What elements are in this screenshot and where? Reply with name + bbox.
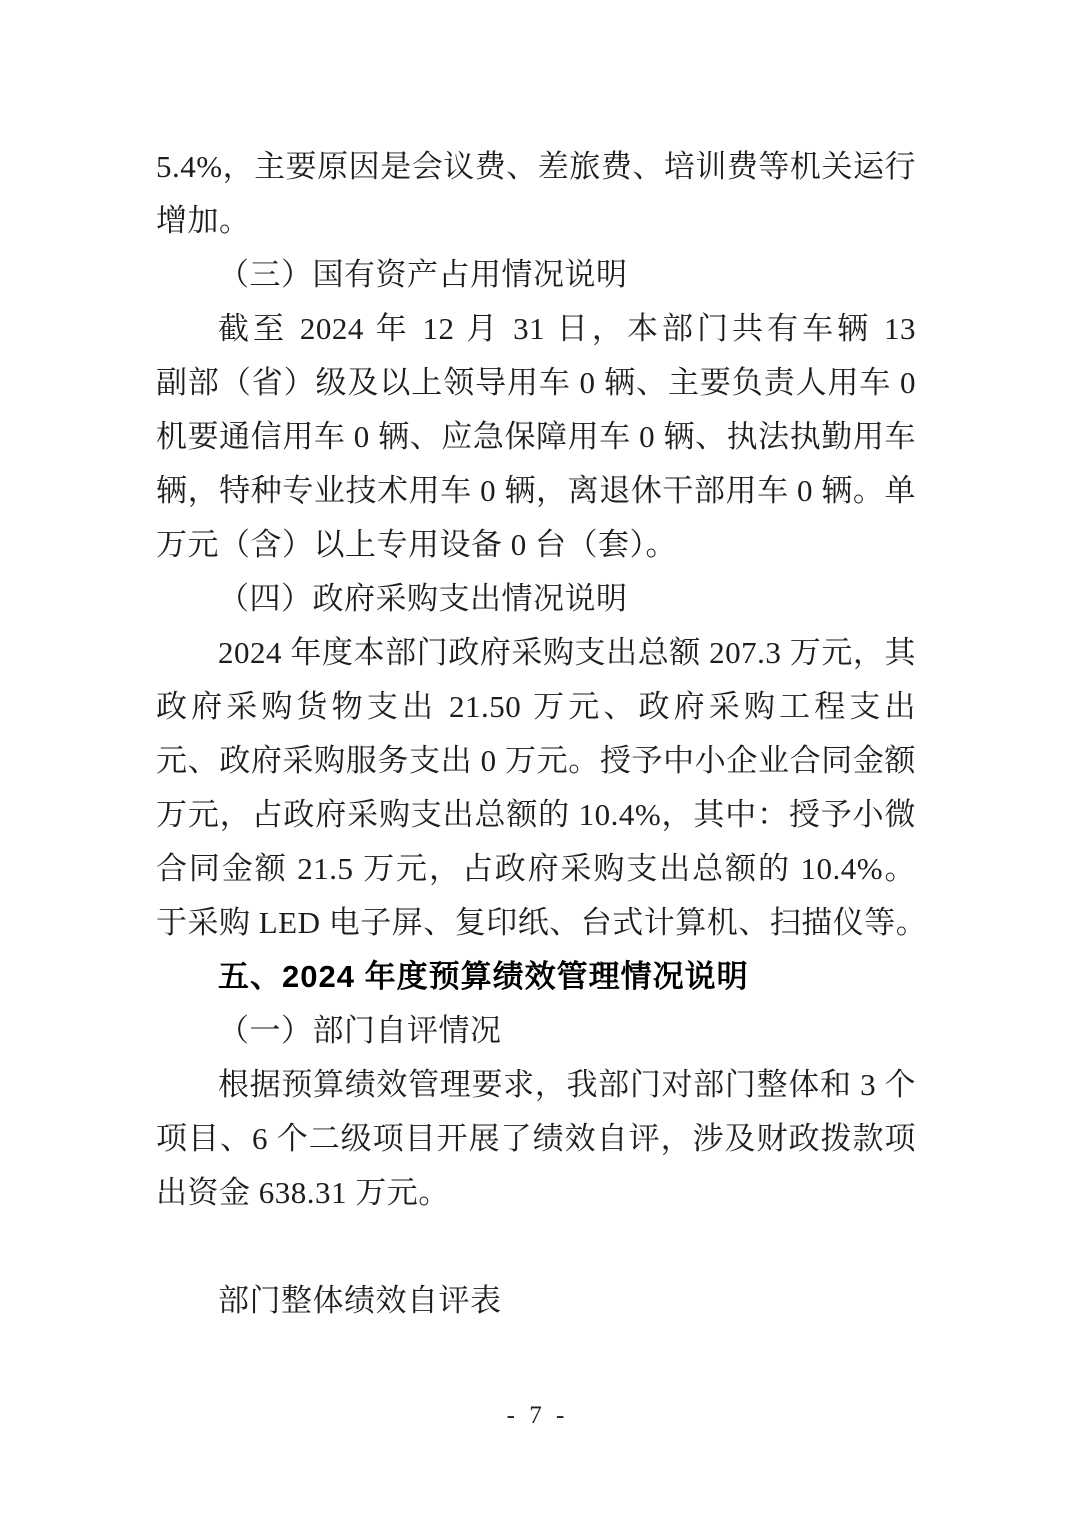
- document-line: 5.4%，主要原因是会议费、差旅费、培训费等机关运行经费: [156, 140, 916, 194]
- document-line: 根据预算绩效管理要求，我部门对部门整体和 3 个一级: [156, 1058, 916, 1112]
- section-heading: 五、2024 年度预算绩效管理情况说明: [156, 950, 916, 1004]
- subsection-heading: （一）部门自评情况: [156, 1004, 916, 1058]
- subsection-heading: （四）政府采购支出情况说明: [156, 572, 916, 626]
- document-line: 万元（含）以上专用设备 0 台（套）。: [156, 518, 916, 572]
- document-text-block: 5.4%，主要原因是会议费、差旅费、培训费等机关运行经费 增加。 （三）国有资产…: [156, 140, 916, 1328]
- table-caption: 部门整体绩效自评表: [156, 1274, 916, 1328]
- document-page: 5.4%，主要原因是会议费、差旅费、培训费等机关运行经费 增加。 （三）国有资产…: [0, 0, 1075, 1520]
- document-line: 出资金 638.31 万元。: [156, 1166, 916, 1220]
- subsection-heading: （三）国有资产占用情况说明: [156, 248, 916, 302]
- document-line: 2024 年度本部门政府采购支出总额 207.3 万元，其中：: [156, 626, 916, 680]
- document-line: 副部（省）级及以上领导用车 0 辆、主要负责人用车 0 辆、: [156, 356, 916, 410]
- document-line: 增加。: [156, 194, 916, 248]
- document-line: 机要通信用车 0 辆、应急保障用车 0 辆、执法执勤用车 13: [156, 410, 916, 464]
- document-line: 万元，占政府采购支出总额的 10.4%，其中：授予小微企业: [156, 788, 916, 842]
- document-line: 项目、6 个二级项目开展了绩效自评，涉及财政拨款项目支: [156, 1112, 916, 1166]
- document-line: 于采购 LED 电子屏、复印纸、台式计算机、扫描仪等。: [156, 896, 916, 950]
- document-line: 合同金额 21.5 万元，占政府采购支出总额的 10.4%。主要用: [156, 842, 916, 896]
- document-line: 辆，特种专业技术用车 0 辆，离退休干部用车 0 辆。单价 100: [156, 464, 916, 518]
- document-line: 政府采购货物支出 21.50 万元、政府采购工程支出 185.8 万: [156, 680, 916, 734]
- document-line: 截至 2024 年 12 月 31 日，本部门共有车辆 13 辆，其中，: [156, 302, 916, 356]
- page-number: - 7 -: [0, 1396, 1075, 1436]
- document-line: 元、政府采购服务支出 0 万元。授予中小企业合同金额 21.50: [156, 734, 916, 788]
